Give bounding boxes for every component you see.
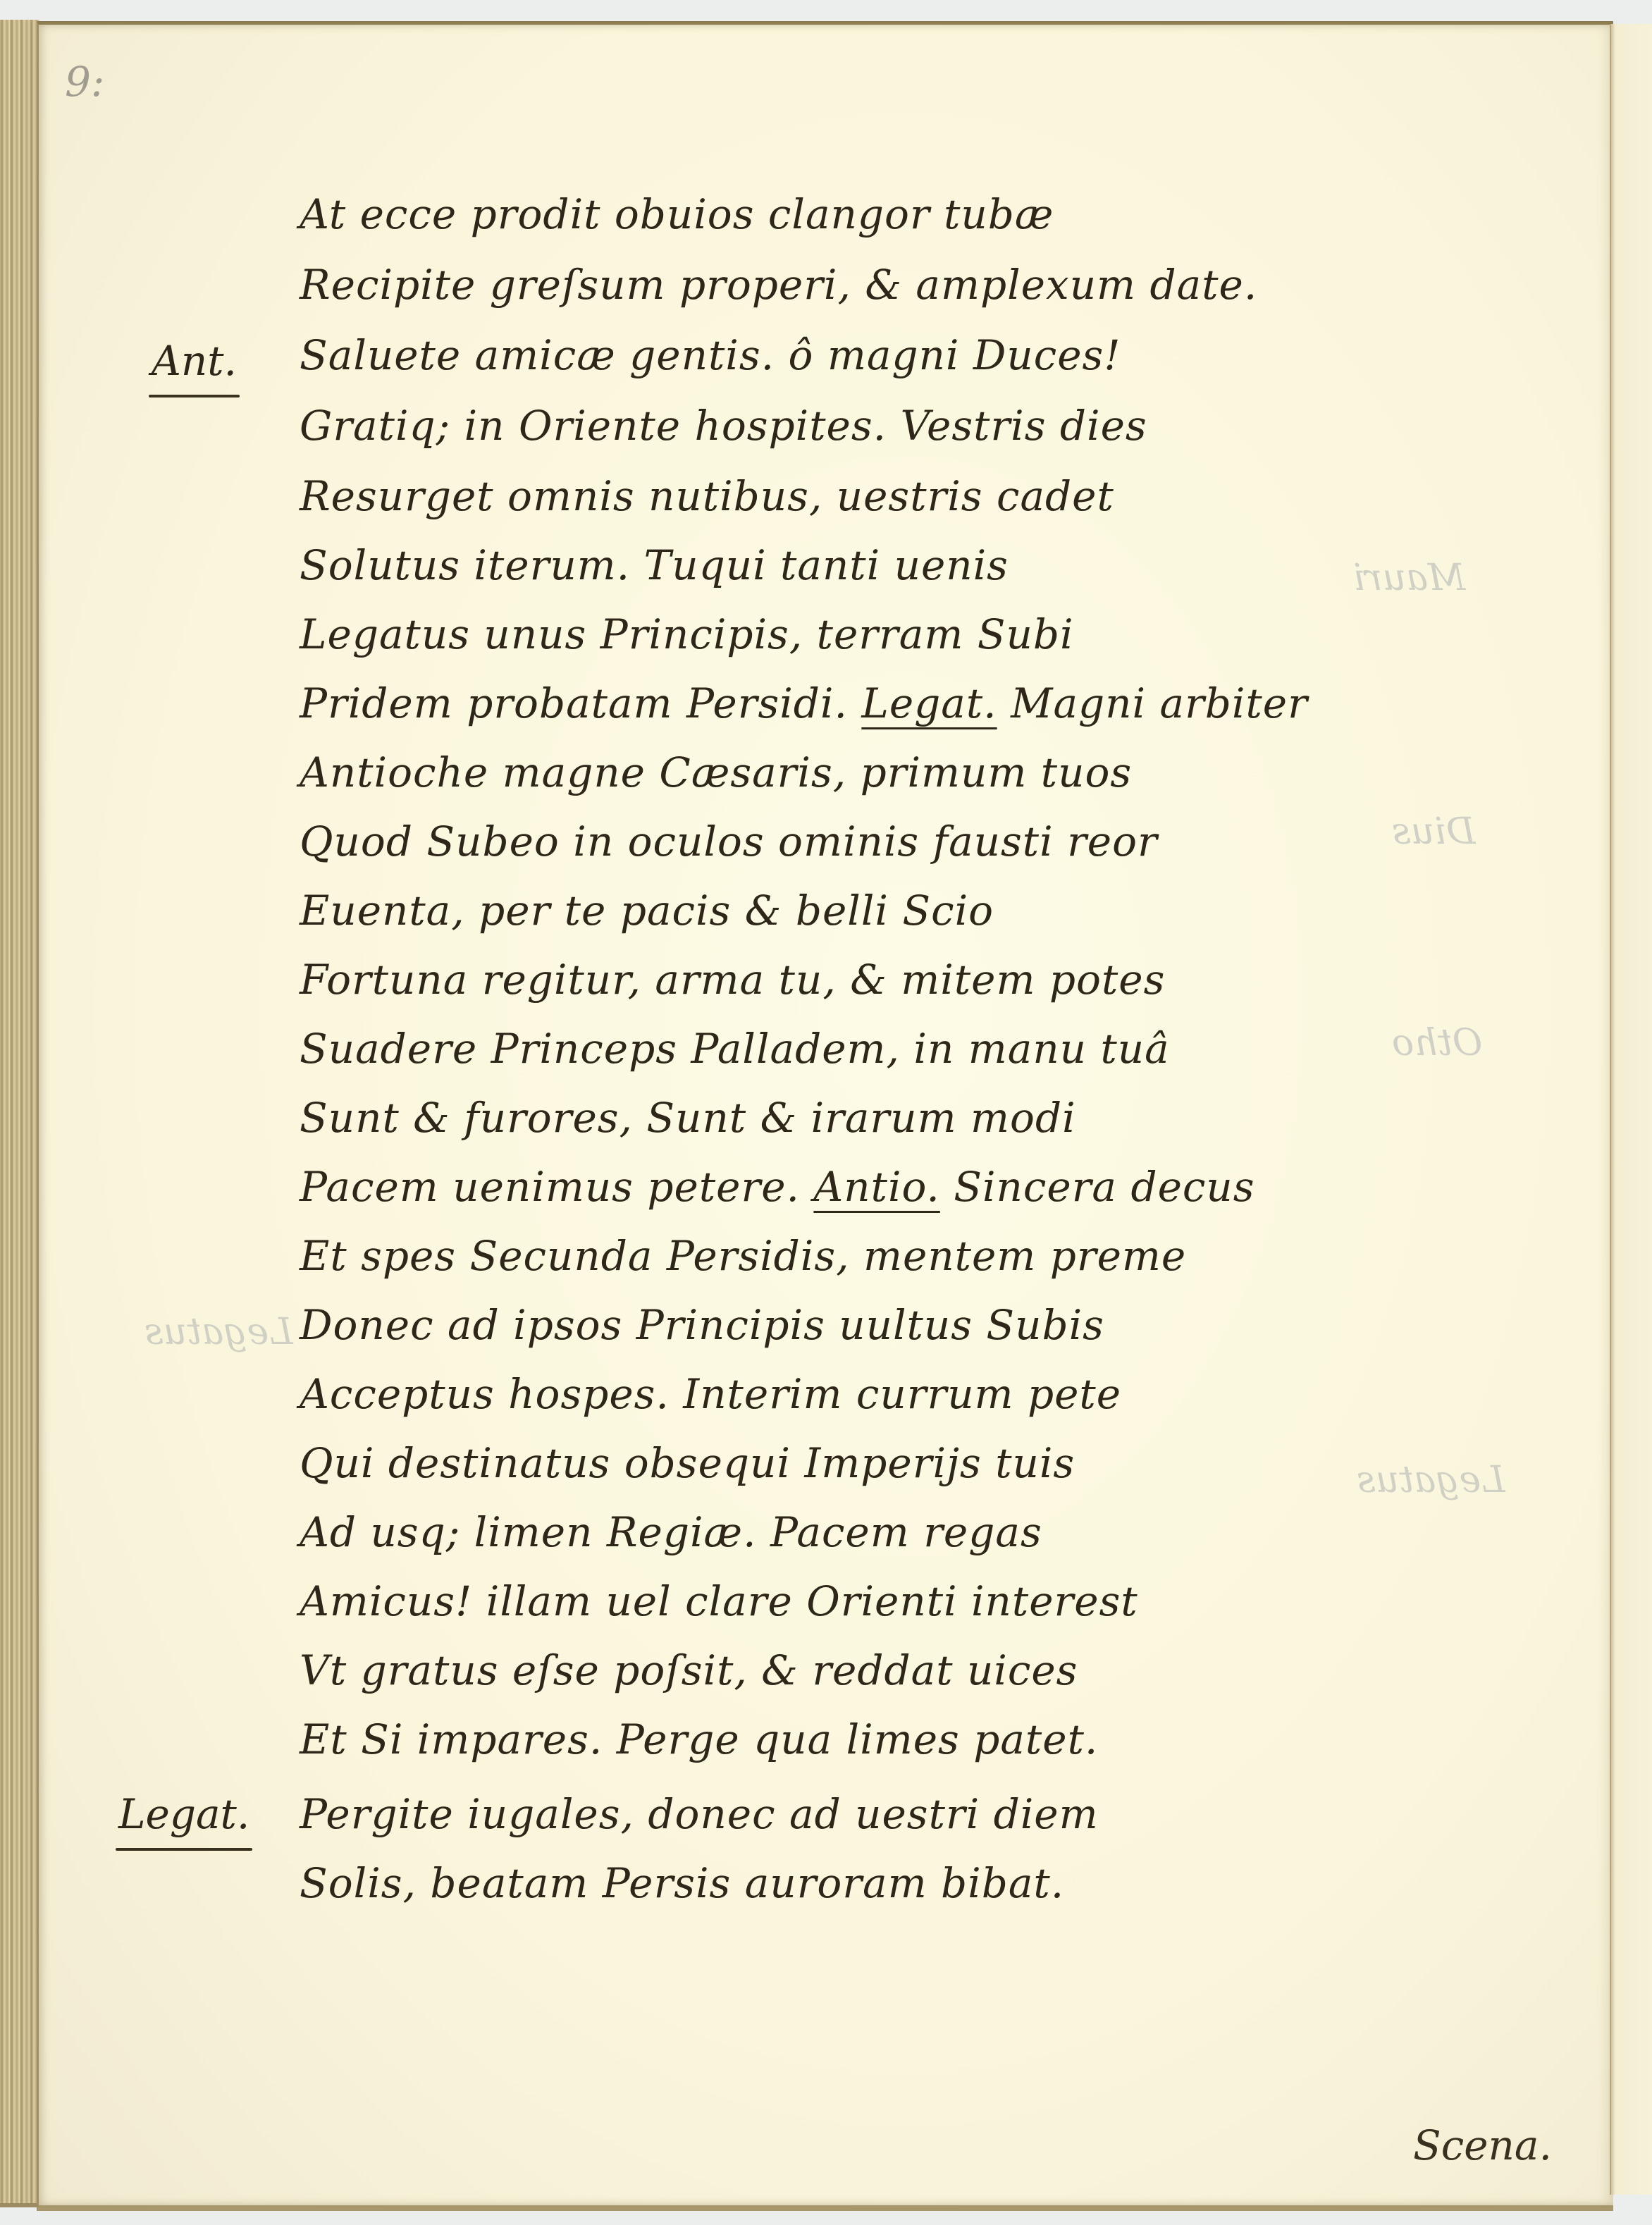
verse-text: Magni arbiter bbox=[1011, 679, 1308, 727]
verse-line: Legatus unus Principis, terram Subi bbox=[300, 610, 1074, 658]
bleed-through-label: Legatus bbox=[1357, 1459, 1505, 1501]
bleed-through-label: Dius bbox=[1392, 811, 1476, 853]
bleed-through-label: Otho bbox=[1392, 1022, 1482, 1064]
verse-line: At ecce prodit obuios clangor tubæ bbox=[300, 190, 1054, 238]
verse-line: Gratiq; in Oriente hospites. Vestris die… bbox=[300, 402, 1147, 450]
page-stack-left bbox=[0, 20, 39, 2207]
verse-line: Pergite iugales, donec ad uestri diem bbox=[300, 1790, 1099, 1838]
verse-line: Qui destinatus obsequi Imperijs tuis bbox=[300, 1439, 1075, 1487]
verse-line: Saluete amicæ gentis. ô magni Duces! bbox=[300, 331, 1121, 379]
bleed-through-label: Mauri bbox=[1353, 557, 1465, 599]
verse-line: Euenta, per te pacis & belli Scio bbox=[300, 887, 994, 935]
verse-line: Resurget omnis nutibus, uestris cadet bbox=[300, 472, 1114, 520]
verse-line: Fortuna regitur, arma tu, & mitem potes bbox=[300, 956, 1165, 1004]
verse-line: Et spes Secunda Persidis, mentem preme bbox=[300, 1232, 1186, 1280]
speaker-label-ant: Ant. bbox=[152, 337, 237, 385]
verse-line: Recipite greſsum properi, & amplexum dat… bbox=[300, 261, 1257, 309]
verse-line: Sunt & furores, Sunt & irarum modi bbox=[300, 1094, 1076, 1142]
verse-line: Et Si impares. Perge qua limes patet. bbox=[300, 1715, 1098, 1763]
verse-line: Acceptus hospes. Interim currum pete bbox=[300, 1370, 1121, 1418]
verse-line: Solis, beatam Persis auroram bibat. bbox=[300, 1859, 1064, 1907]
verse-line: Donec ad ipsos Principis uultus Subis bbox=[300, 1301, 1104, 1349]
page-stack-right bbox=[1610, 24, 1652, 2195]
verse-line: Solutus iterum. Tuqui tanti uenis bbox=[300, 541, 1009, 589]
catchword: Scena. bbox=[1413, 2121, 1552, 2169]
verse-line: Ad usq; limen Regiæ. Pacem regas bbox=[300, 1508, 1042, 1556]
verse-line: Quod Subeo in oculos ominis fausti reor bbox=[300, 818, 1158, 865]
bleed-through-label: Legatus bbox=[144, 1311, 293, 1353]
verse-line: Antioche magne Cæsaris, primum tuos bbox=[300, 748, 1132, 796]
verse-text: Pacem uenimus petere. bbox=[300, 1163, 800, 1211]
folio-mark: 9: bbox=[65, 58, 104, 106]
speaker-label-legat: Legat. bbox=[118, 1790, 249, 1838]
verse-line: Vt gratus eſse poſsit, & reddat uices bbox=[300, 1646, 1078, 1694]
inline-speaker-legat: Legat. bbox=[861, 679, 997, 727]
verse-line: Pridem probatam Persidi. Legat. Magni ar… bbox=[300, 679, 1308, 727]
verse-text: Sincera decus bbox=[954, 1163, 1255, 1211]
verse-line: Pacem uenimus petere. Antio. Sincera dec… bbox=[300, 1163, 1255, 1211]
inline-speaker-antio: Antio. bbox=[813, 1163, 939, 1211]
verse-text: Pridem probatam Persidi. bbox=[300, 679, 848, 727]
verse-line: Amicus! illam uel clare Orienti interest bbox=[300, 1577, 1138, 1625]
verse-line: Suadere Princeps Palladem, in manu tuâ bbox=[300, 1025, 1170, 1073]
